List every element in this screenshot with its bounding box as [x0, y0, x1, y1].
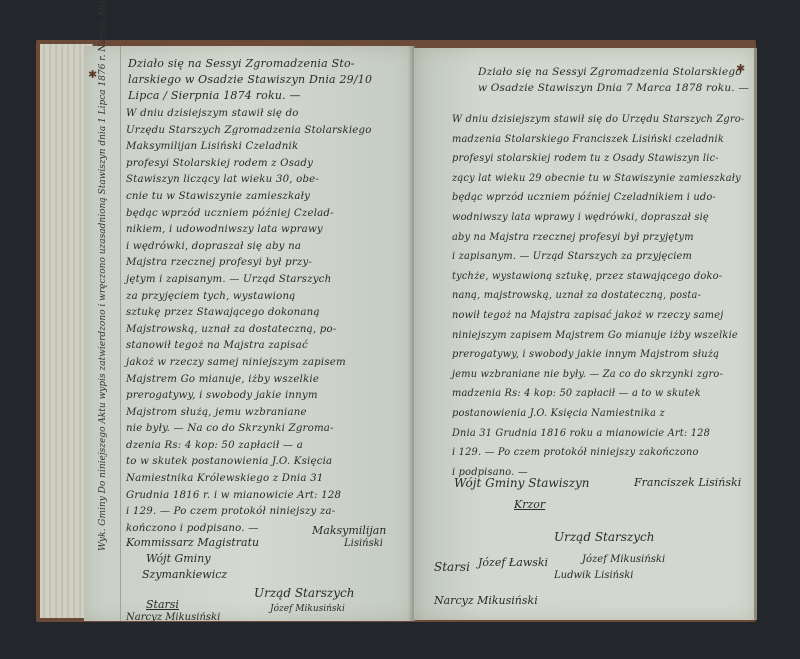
office-label: Urząd Starszych	[554, 530, 654, 544]
signature-elder-2: Narcyz Mikusiński	[434, 594, 538, 607]
signature-wojt-title: Wójt Gminy Stawiszyn	[454, 476, 590, 490]
signature-elder-1: Józef Ławski	[478, 556, 548, 569]
elders-label: Starsi	[146, 598, 179, 611]
signature-officer-2: Ludwik Lisiński	[554, 570, 633, 581]
signature-elder-1: Narcyz Mikusiński	[126, 612, 220, 623]
signature-officer-1: Józef Mikusiński	[270, 604, 345, 614]
right-entry-heading: Działo się na Sessyi Zgromadzenia Stolar…	[478, 64, 749, 96]
signature-applicant: Franciszek Lisiński	[634, 476, 741, 489]
elders-label: Starsi	[434, 560, 470, 574]
right-entry-body: W dniu dzisiejszym stawił się do Urzędu …	[452, 110, 744, 482]
right-page: ✱ Działo się na Sessyi Zgromadzenia Stol…	[414, 48, 757, 620]
corner-ink-mark-icon: ✱	[88, 68, 98, 78]
left-entry-heading: Działo się na Sessyi Zgromadzenia Sto- l…	[128, 56, 372, 104]
signature-applicant-first: Maksymilijan	[312, 524, 386, 537]
margin-note: Wyk. Gminy Do niniejszego Aktu wypis zat…	[98, 0, 108, 551]
signature-officer-1: Józef Mikusiński	[582, 554, 665, 565]
signature-wojt-name: Krzor	[514, 498, 545, 511]
left-entry-body: W dniu dzisiejszym stawił się do Urzędu …	[126, 106, 372, 537]
signature-applicant-last: Lisiński	[344, 538, 383, 549]
open-ledger-book: ✱ Wyk. Gminy Do niniejszego Aktu wypis z…	[36, 40, 762, 622]
office-label: Urząd Starszych	[254, 586, 354, 600]
signature-szymankiewicz: Szymankiewicz	[142, 568, 227, 581]
margin-rule	[120, 46, 121, 621]
signature-commissioner-title: Kommissarz Magistratu	[126, 536, 259, 549]
left-page: ✱ Wyk. Gminy Do niniejszego Aktu wypis z…	[84, 46, 415, 621]
signature-wojt-title: Wójt Gminy	[146, 552, 211, 565]
